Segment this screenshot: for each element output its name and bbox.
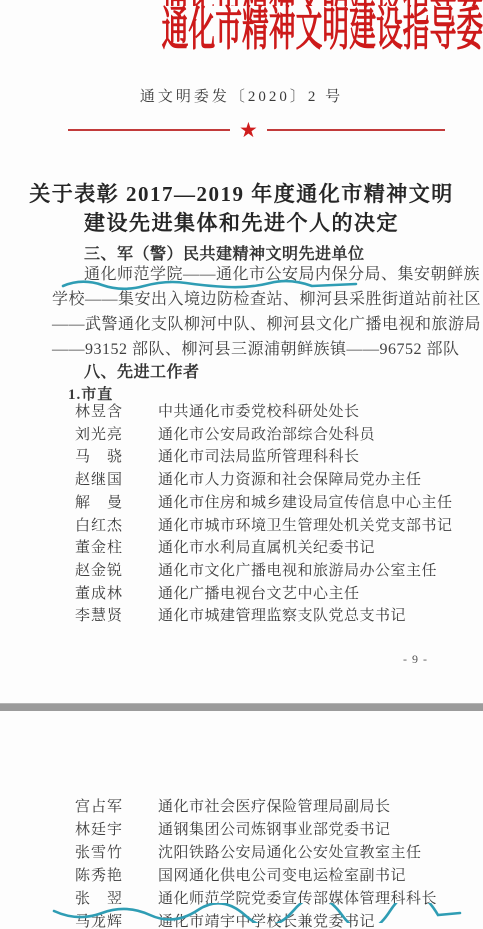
awardee-name: 白红杰 [75,515,158,538]
page-divider-bar [0,703,483,711]
awardee-title: 通化市水利局直属机关纪委书记 [158,540,375,556]
awardee-title: 通化市文化广播电视和旅游局办公室主任 [158,563,437,579]
document-page: 通化市精神文明建设指导委员会文件 通化市精神文明建设指导委员会文件 通文明委发〔… [0,0,483,929]
awardee-name: 解 曼 [75,492,158,515]
awardee-row: 董成林通化广播电视台文艺中心主任 [52,583,452,606]
awardee-title: 通化市住房和城乡建设局宣传信息中心主任 [158,495,453,511]
awardee-name: 马 骁 [75,446,158,469]
awardee-name: 陈秀艳 [75,865,158,888]
awardee-title: 通化市社会医疗保险管理局副局长 [158,799,391,815]
awardee-row: 马 骁通化市司法局监所管理科科长 [52,446,452,469]
awardee-row: 赵金锐通化市文化广播电视和旅游局办公室主任 [52,560,452,583]
document-title-line2: 建设先进集体和先进个人的决定 [0,209,483,238]
unit-list-line4: ——93152 部队、柳河县三源浦朝鲜族镇——96752 部队 [52,336,440,359]
awardee-row: 马龙辉通化市靖宇中学校长兼党委书记 [52,911,452,929]
awardee-name: 林昱含 [75,401,158,424]
document-title: 关于表彰 2017—2019 年度通化市精神文明 建设先进集体和先进个人的决定 [0,180,483,238]
awardee-row: 林廷宇通钢集团公司炼钢事业部党委书记 [52,819,452,842]
awardee-name: 董成林 [75,583,158,606]
awardee-row: 宫占军通化市社会医疗保险管理局副局长 [52,796,452,819]
awardee-title: 通化市公安局政治部综合处科员 [158,427,375,443]
awardee-list-city: 林昱含中共通化市委党校科研处处长 刘光亮通化市公安局政治部综合处科员 马 骁通化… [52,401,452,628]
awardee-title: 通化市人力资源和社会保障局党办主任 [158,472,422,488]
awardee-title: 通化广播电视台文艺中心主任 [158,586,360,602]
red-rule-right [267,129,445,131]
document-title-line1: 关于表彰 2017—2019 年度通化市精神文明 [0,180,483,209]
awardee-name: 赵继国 [75,469,158,492]
awardee-name: 宫占军 [75,796,158,819]
awardee-name: 赵金锐 [75,560,158,583]
awardee-name: 董金柱 [75,537,158,560]
awardee-title: 通化师范学院党委宣传部媒体管理科科长 [158,891,437,907]
awardee-name: 张雪竹 [75,842,158,865]
unit-list-line1: 通化师范学院——通化市公安局内保分局、集安朝鲜族 [52,261,440,284]
awardee-row: 赵继国通化市人力资源和社会保障局党办主任 [52,469,452,492]
awardee-row: 李慧贤通化市城建管理监察支队党总支书记 [52,605,452,628]
awardee-title: 通化市城建管理监察支队党总支书记 [158,608,406,624]
awardee-title: 国网通化供电公司变电运检室副书记 [158,868,406,884]
awardee-title: 通钢集团公司炼钢事业部党委书记 [158,822,391,838]
awardee-row: 林昱含中共通化市委党校科研处处长 [52,401,452,424]
awardee-row: 解 曼通化市住房和城乡建设局宣传信息中心主任 [52,492,452,515]
section-workers-heading: 八、先进工作者 [52,359,472,382]
doc-reference-number: 通文明委发〔2020〕2 号 [0,85,483,106]
awardee-row: 张雪竹沈阳铁路公安局通化公安处宣教室主任 [52,842,452,865]
awardee-row: 陈秀艳国网通化供电公司变电运检室副书记 [52,865,452,888]
awardee-title: 通化市司法局监所管理科科长 [158,449,360,465]
awardee-name: 林廷宇 [75,819,158,842]
letterhead: 通化市精神文明建设指导委员会文件 [0,2,483,58]
awardee-title: 通化市靖宇中学校长兼党委书记 [158,914,375,929]
star-icon: ★ [239,120,258,141]
awardee-row: 白红杰通化市城市环境卫生管理处机关党支部书记 [52,515,452,538]
awardee-title: 沈阳铁路公安局通化公安处宣教室主任 [158,845,422,861]
page-number: - 9 - [403,652,428,667]
awardee-name: 李慧贤 [75,605,158,628]
awardee-list-next-page: 宫占军通化市社会医疗保险管理局副局长 林廷宇通钢集团公司炼钢事业部党委书记 张雪… [52,796,452,929]
awardee-title: 中共通化市委党校科研处处长 [158,404,360,420]
red-rule-left [68,129,230,131]
awardee-name: 刘光亮 [75,424,158,447]
awardee-title: 通化市城市环境卫生管理处机关党支部书记 [158,518,453,534]
letterhead-title: 通化市精神文明建设指导委员会文件 [162,2,483,58]
awardee-row: 刘光亮通化市公安局政治部综合处科员 [52,424,452,447]
star-divider-rule: ★ [68,118,445,142]
awardee-name: 马龙辉 [75,911,158,929]
unit-list-line2: 学校——集安出入境边防检查站、柳河县采胜街道站前社区 [52,286,440,309]
unit-list-line3: ——武警通化支队柳河中队、柳河县文化广播电视和旅游局 [52,311,440,334]
awardee-row: 张 翌通化师范学院党委宣传部媒体管理科科长 [52,888,452,911]
awardee-name: 张 翌 [75,888,158,911]
awardee-row: 董金柱通化市水利局直属机关纪委书记 [52,537,452,560]
